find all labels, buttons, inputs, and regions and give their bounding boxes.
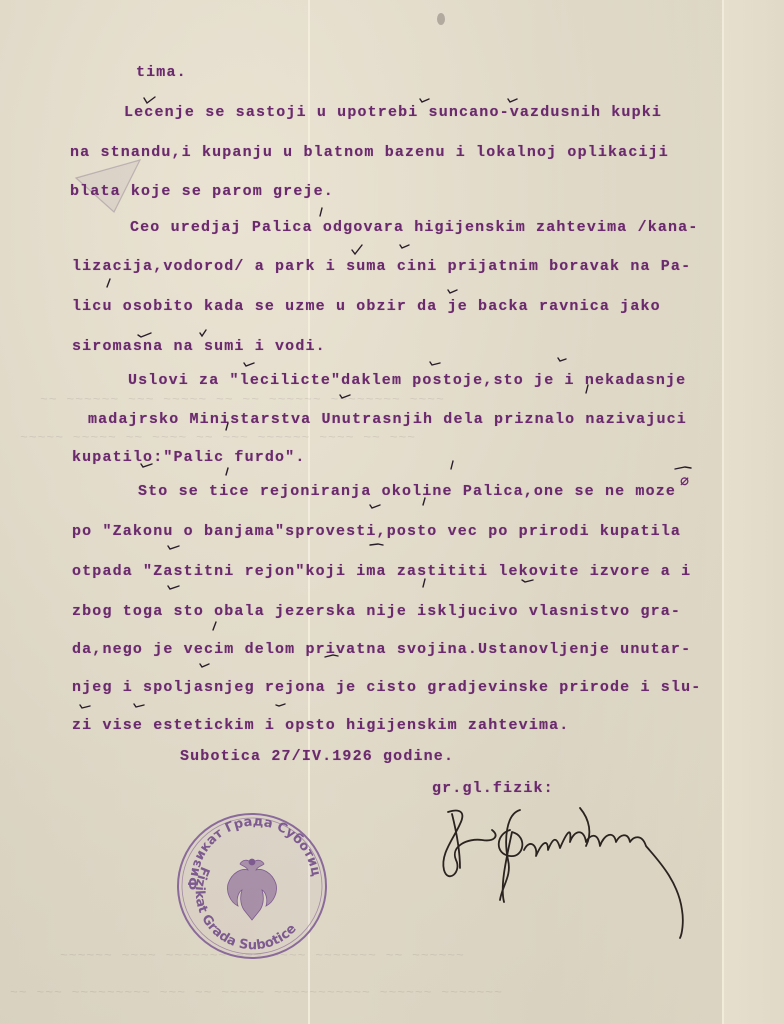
official-stamp: Физикат Града Суботице Fizikat Grada Sub… xyxy=(172,806,332,966)
text-line: licu osobito kada se uzme u obzir da je … xyxy=(72,298,661,315)
text-line: Lecenje se sastoji u upotrebi suncano-va… xyxy=(124,104,662,121)
text-line: madajrsko Ministarstva Unutrasnjih dela … xyxy=(88,411,687,428)
text-line: da,nego je vecim delom privatna svojina.… xyxy=(72,641,691,658)
handwritten-signature xyxy=(420,790,720,940)
bleed-through-text: ~~~~~ ~~~~~ ~~ ~~~~ ~~ ~~~ ~~~~~~ ~~~~ ~… xyxy=(20,430,416,445)
paper-fold-line xyxy=(722,0,724,1024)
date-line: Subotica 27/IV.1926 godine. xyxy=(180,748,454,765)
text-line: lizacija,vodorod/ a park i suma cini pri… xyxy=(72,258,691,275)
text-line: zbog toga sto obala jezerska nije isklju… xyxy=(72,603,681,620)
text-line: otpada "Zastitni rejon"koji ima zastitit… xyxy=(72,563,691,580)
text-line: Sto se tice rejoniranja okoline Palica,o… xyxy=(138,483,676,500)
text-line: po "Zakonu o banjama"sprovesti,posto vec… xyxy=(72,523,681,540)
text-line: Uslovi za "lecilicte"daklem postoje,sto … xyxy=(128,372,686,389)
text-line: zi vise estetickim i opsto higijenskim z… xyxy=(72,717,569,734)
text-line: siromasna na sumi i vodi. xyxy=(72,338,326,355)
punch-hole xyxy=(437,13,445,25)
text-line: na stnandu,i kupanju u blatnom bazenu i … xyxy=(70,144,669,161)
text-line: blata koje se parom greje. xyxy=(70,183,334,200)
bleed-through-text: ~~ ~~~ ~~~~~~~~~ ~~~ ~~ ~~~~~ ~~~~~~~~~~… xyxy=(10,985,503,1000)
text-line: tima. xyxy=(136,64,187,81)
bleed-through-text: ~~ ~~~~~~ ~~~ ~~~~~ ~~ ~~ ~~~~~~ ~~~~~~~… xyxy=(40,392,445,407)
text-line: njeg i spoljasnjeg rejona je cisto gradj… xyxy=(72,679,701,696)
paper-right-edge xyxy=(724,0,784,1024)
text-line: Ceo uredjaj Palica odgovara higijenskim … xyxy=(130,219,698,236)
text-line: kupatilo:"Palic furdo". xyxy=(72,449,305,466)
